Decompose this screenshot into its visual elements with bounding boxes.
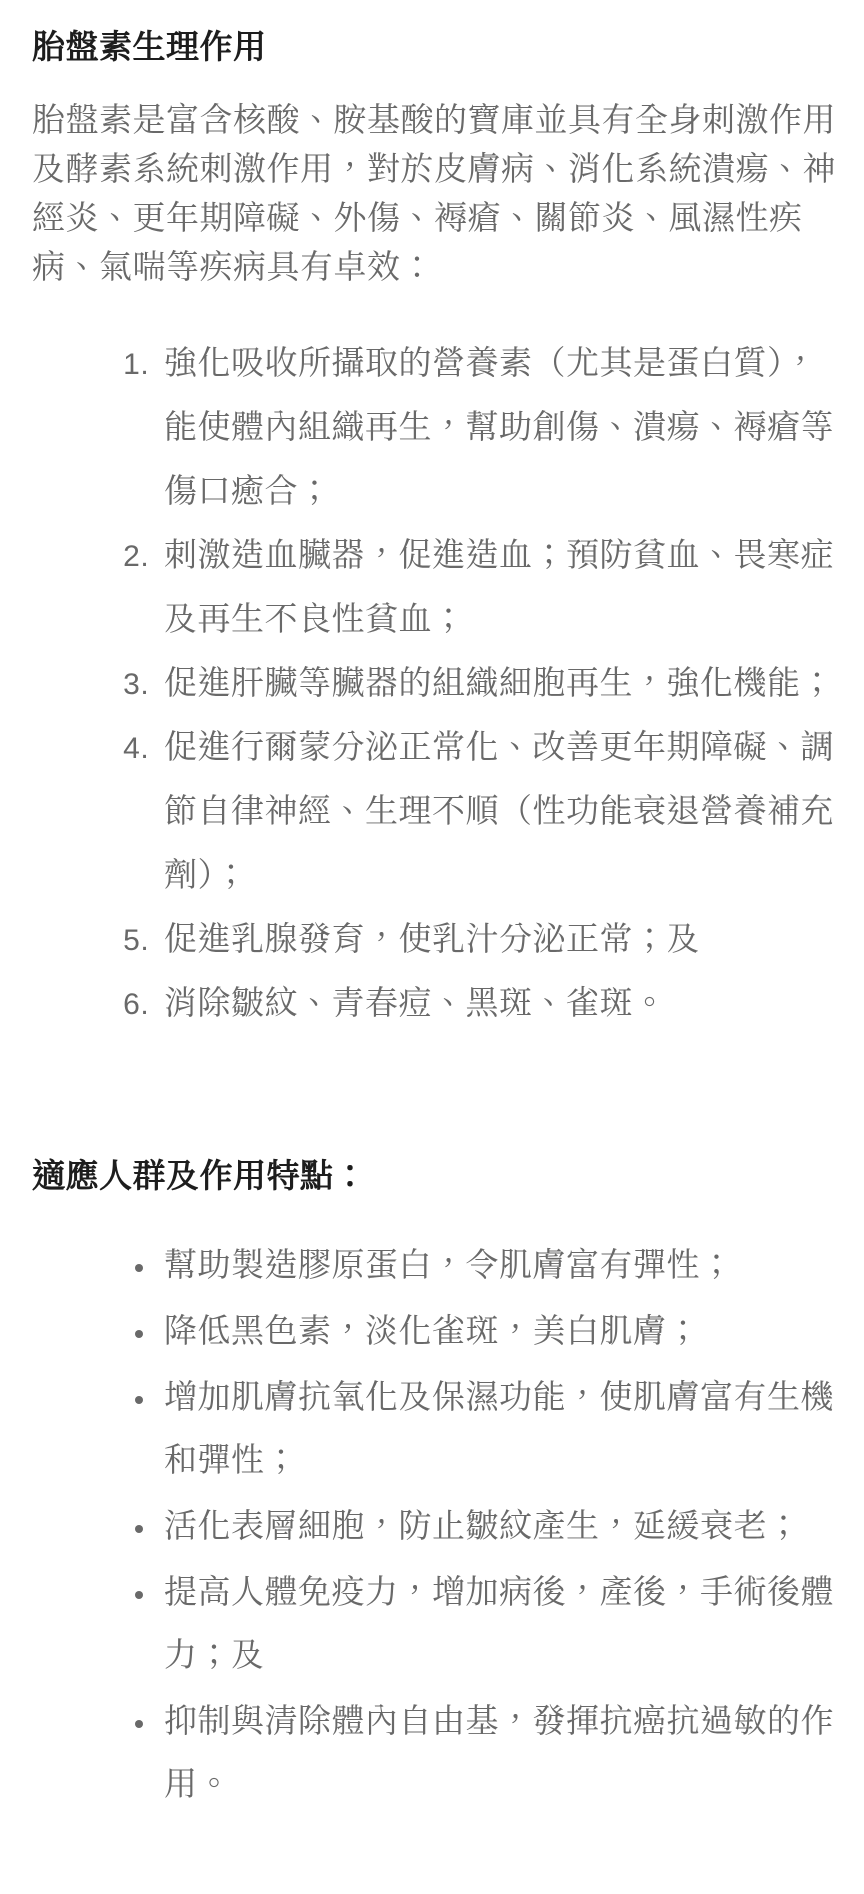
list-item: 刺激造血臟器，促進造血；預防貧血、畏寒症及再生不良性貧血；	[158, 523, 842, 651]
list-item: 促進行爾蒙分泌正常化、改善更年期障礙、調節自律神經、生理不順（性功能衰退營養補充…	[158, 715, 842, 907]
section1-intro-paragraph: 胎盤素是富含核酸、胺基酸的寶庫並具有全身刺激作用及酵素系統刺激作用，對於皮膚病、…	[32, 95, 842, 291]
list-item: 提高人體免疫力，增加病後，產後，手術後體力；及	[158, 1560, 842, 1686]
list-item: 強化吸收所攝取的營養素（尤其是蛋白質），能使體內組織再生，幫助創傷、潰瘍、褥瘡等…	[158, 331, 842, 523]
target-groups-bullet-list: 幫助製造膠原蛋白，令肌膚富有彈性；降低黑色素，淡化雀斑，美白肌膚；增加肌膚抗氧化…	[32, 1233, 842, 1815]
list-item: 增加肌膚抗氧化及保濕功能，使肌膚富有生機和彈性；	[158, 1365, 842, 1491]
list-item: 抑制與清除體內自由基，發揮抗癌抗過敏的作用。	[158, 1689, 842, 1815]
section1-heading: 胎盤素生理作用	[32, 26, 842, 67]
physiological-effects-numbered-list: 強化吸收所攝取的營養素（尤其是蛋白質），能使體內組織再生，幫助創傷、潰瘍、褥瘡等…	[32, 331, 842, 1035]
list-item: 降低黑色素，淡化雀斑，美白肌膚；	[158, 1299, 842, 1362]
list-item: 幫助製造膠原蛋白，令肌膚富有彈性；	[158, 1233, 842, 1296]
list-item: 活化表層細胞，防止皺紋產生，延緩衰老；	[158, 1494, 842, 1557]
list-item: 促進乳腺發育，使乳汁分泌正常；及	[158, 907, 842, 971]
article-page: 胎盤素生理作用 胎盤素是富含核酸、胺基酸的寶庫並具有全身刺激作用及酵素系統刺激作…	[0, 0, 864, 1894]
list-item: 促進肝臟等臟器的組織細胞再生，強化機能；	[158, 651, 842, 715]
section2-heading: 適應人群及作用特點：	[32, 1155, 842, 1196]
list-item: 消除皺紋、青春痘、黑斑、雀斑。	[158, 971, 842, 1035]
